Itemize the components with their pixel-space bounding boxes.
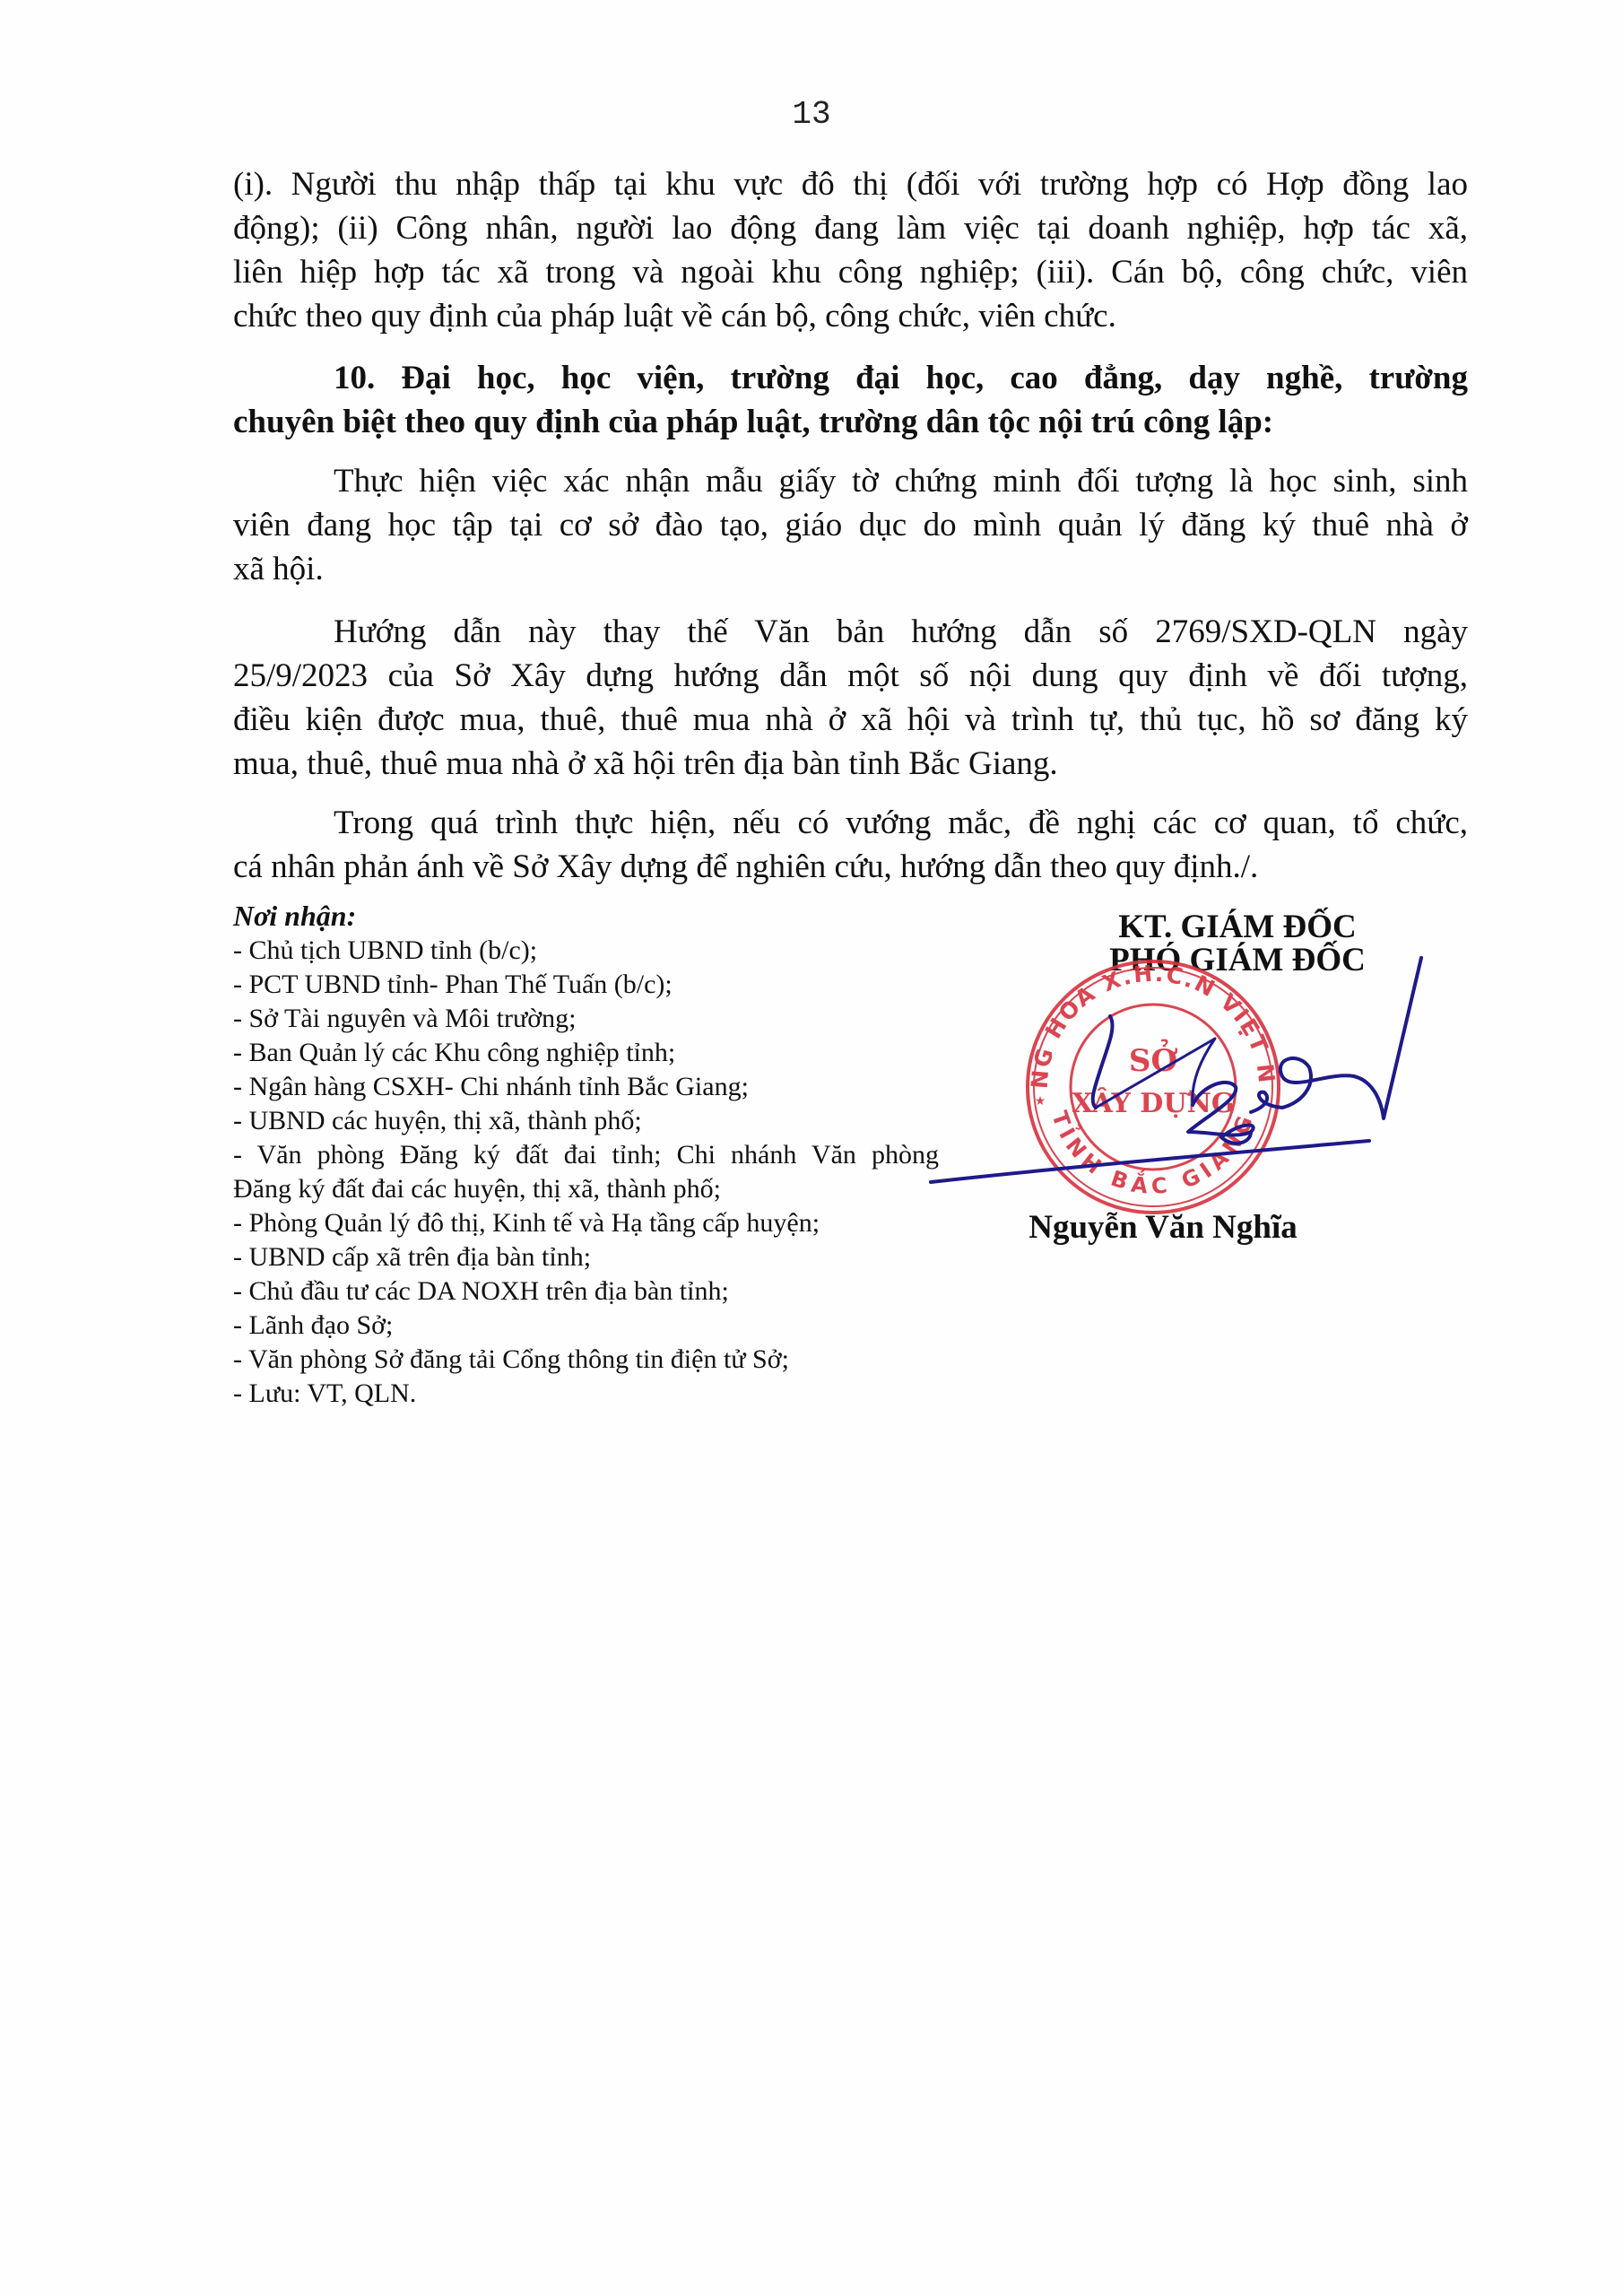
recipient-item: - Ban Quản lý các Khu công nghiệp tỉnh; [233, 1036, 675, 1070]
paragraph-3-line: 25/9/2023 của Sở Xây dựng hướng dẫn một … [233, 654, 1468, 698]
paragraph-4-line: Trong quá trình thực hiện, nếu có vướng … [334, 801, 1468, 845]
svg-text:XÂY DỰNG: XÂY DỰNG [1072, 1087, 1234, 1119]
paragraph-1-line: chức theo quy định của pháp luật về cán … [233, 294, 1468, 338]
recipient-item: - Ngân hàng CSXH- Chi nhánh tỉnh Bắc Gia… [233, 1070, 749, 1104]
signer-title-line2: PHÓ GIÁM ĐỐC [1013, 943, 1462, 978]
recipient-item: - UBND các huyện, thị xã, thành phố; [233, 1104, 642, 1138]
recipient-item: - Phòng Quản lý đô thị, Kinh tế và Hạ tầ… [233, 1206, 820, 1240]
recipients-title: Nơi nhận: [233, 900, 356, 931]
recipient-item: - Chủ tịch UBND tỉnh (b/c); [233, 934, 537, 968]
section-10-heading-line: 10. Đại học, học viện, trường đại học, c… [334, 356, 1468, 400]
paragraph-3-line: mua, thuê, thuê mua nhà ở xã hội trên đị… [233, 742, 1468, 786]
paragraph-1-line: liên hiệp hợp tác xã trong và ngoài khu … [233, 250, 1468, 294]
handwritten-signature-icon [931, 958, 1421, 1182]
paragraph-3-line: điều kiện được mua, thuê, thuê mua nhà ở… [233, 698, 1468, 742]
page-number: 13 [0, 97, 1623, 133]
svg-text:SỞ: SỞ [1129, 1039, 1178, 1079]
paragraph-2-line: viên đang học tập tại cơ sở đào tạo, giá… [233, 503, 1468, 547]
paragraph-2-line: xã hội. [233, 547, 1468, 591]
svg-text:★: ★ [1035, 1095, 1046, 1109]
paragraph-2-line: Thực hiện việc xác nhận mẫu giấy tờ chứn… [334, 459, 1468, 503]
recipient-item: - Chủ đầu tư các DA NOXH trên địa bàn tỉ… [233, 1274, 729, 1309]
recipient-item: - PCT UBND tỉnh- Phan Thế Tuấn (b/c); [233, 968, 673, 1002]
paragraph-1-line: (i). Người thu nhập thấp tại khu vực đô … [233, 162, 1468, 206]
recipient-item: - Lãnh đạo Sở; [233, 1309, 393, 1343]
recipient-item: - UBND cấp xã trên địa bàn tỉnh; [233, 1240, 591, 1274]
recipient-item: - Sở Tài nguyên và Môi trường; [233, 1002, 576, 1036]
signer-name: Nguyễn Văn Nghĩa [939, 1210, 1387, 1246]
recipient-item: - Văn phòng Đăng ký đất đai tỉnh; Chi nh… [233, 1138, 939, 1172]
svg-text:TỈNH BẮC GIANG: TỈNH BẮC GIANG [1046, 1108, 1260, 1199]
paragraph-4-line: cá nhân phản ánh về Sở Xây dựng để nghiê… [233, 845, 1468, 889]
paragraph-1-line: động); (ii) Công nhân, người lao động đa… [233, 206, 1468, 250]
signer-title-line1: KT. GIÁM ĐỐC [1013, 909, 1462, 945]
section-10-heading-line: chuyên biệt theo quy định của pháp luật,… [233, 400, 1468, 444]
document-page: 13 (i). Người thu nhập thấp tại khu vực … [0, 0, 1623, 2296]
recipient-item: - Văn phòng Sở đăng tải Cổng thông tin đ… [233, 1343, 789, 1377]
recipient-item: Đăng ký đất đai các huyện, thị xã, thành… [233, 1172, 721, 1206]
paragraph-3-line: Hướng dẫn này thay thế Văn bản hướng dẫn… [334, 610, 1468, 654]
recipient-item: - Lưu: VT, QLN. [233, 1377, 416, 1411]
